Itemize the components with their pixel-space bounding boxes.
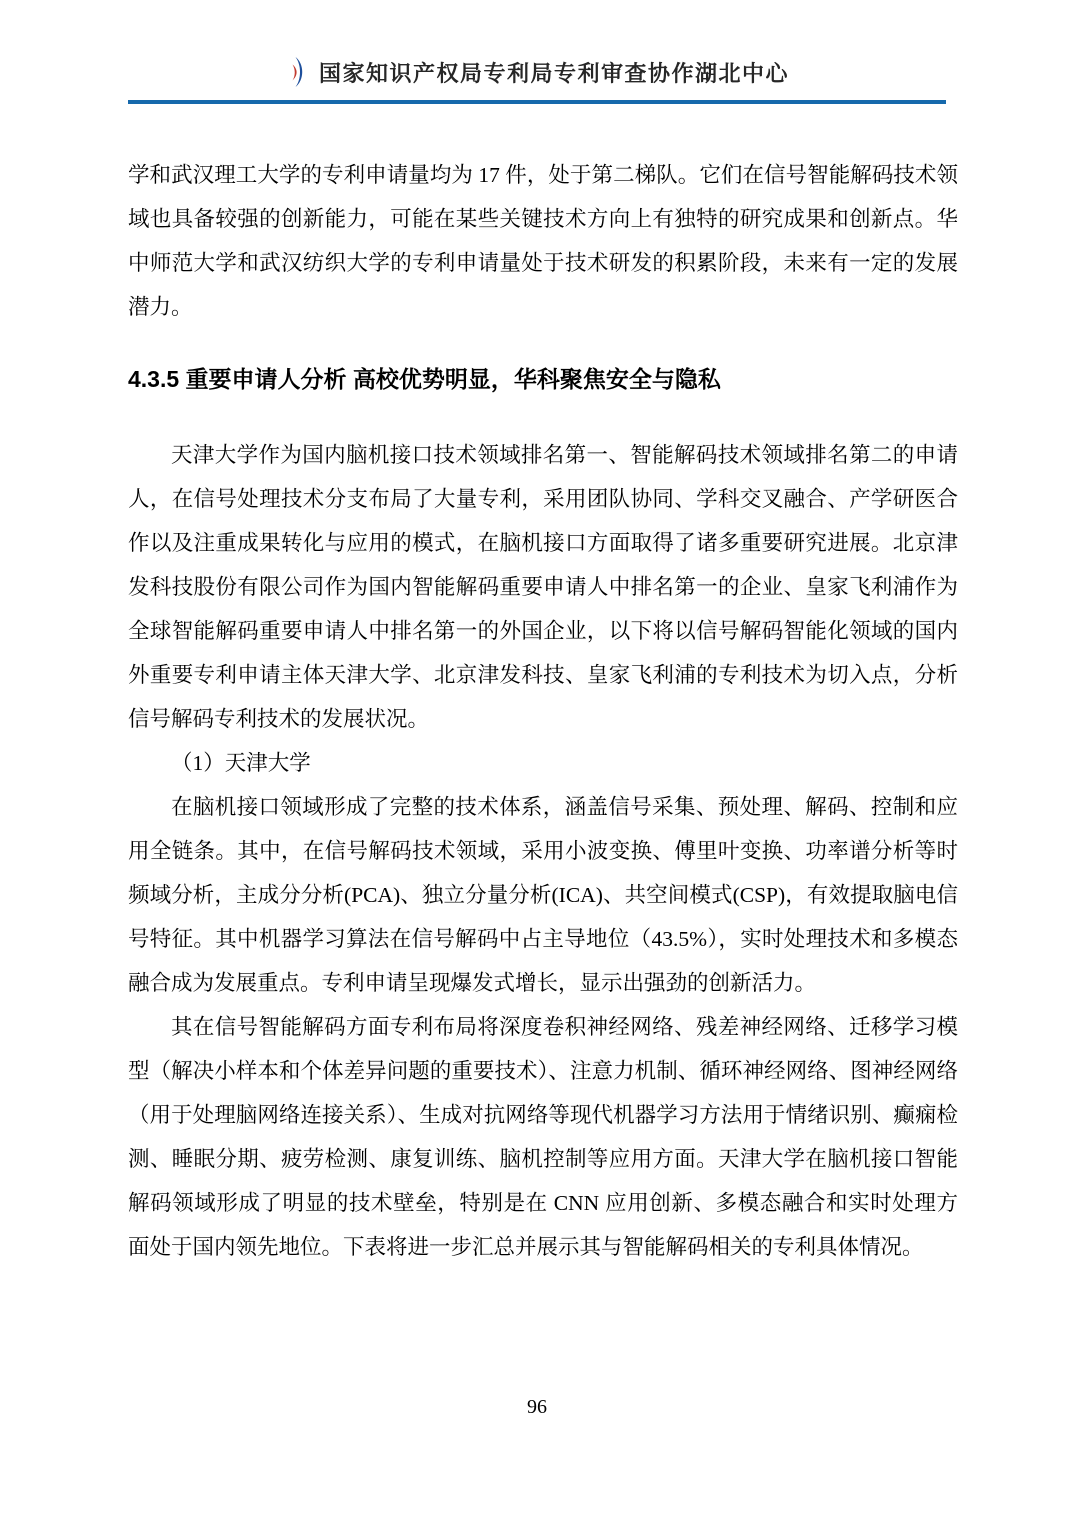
paragraph-important-applicants-overview: 天津大学作为国内脑机接口技术领域排名第一、智能解码技术领域排名第二的申请人，在信…	[128, 433, 958, 741]
page-footer: 96	[0, 1392, 1074, 1422]
document-page: 国家知识产权局专利局专利审查协作湖北中心 学和武汉理工大学的专利申请量均为 17…	[0, 0, 1074, 1520]
header-title: 国家知识产权局专利局专利审查协作湖北中心	[319, 57, 789, 88]
document-body: 学和武汉理工大学的专利申请量均为 17 件，处于第二梯队。它们在信号智能解码技术…	[128, 153, 958, 1269]
paragraph-tianjin-technology-system: 在脑机接口领域形成了完整的技术体系，涵盖信号采集、预处理、解码、控制和应用全链条…	[128, 785, 958, 1005]
page-header: 国家知识产权局专利局专利审查协作湖北中心	[128, 56, 946, 104]
center-logo-icon	[285, 56, 307, 88]
page-number: 96	[527, 1396, 547, 1418]
list-item-tianjin-university: （1）天津大学	[128, 741, 958, 785]
paragraph-tianjin-patent-layout: 其在信号智能解码方面专利布局将深度卷积神经网络、残差神经网络、迁移学习模型（解决…	[128, 1005, 958, 1269]
header-brand: 国家知识产权局专利局专利审查协作湖北中心	[128, 56, 946, 88]
section-heading-4-3-5: 4.3.5 重要申请人分析 高校优势明显，华科聚焦安全与隐私	[128, 359, 958, 399]
paragraph-continuation: 学和武汉理工大学的专利申请量均为 17 件，处于第二梯队。它们在信号智能解码技术…	[128, 153, 958, 329]
